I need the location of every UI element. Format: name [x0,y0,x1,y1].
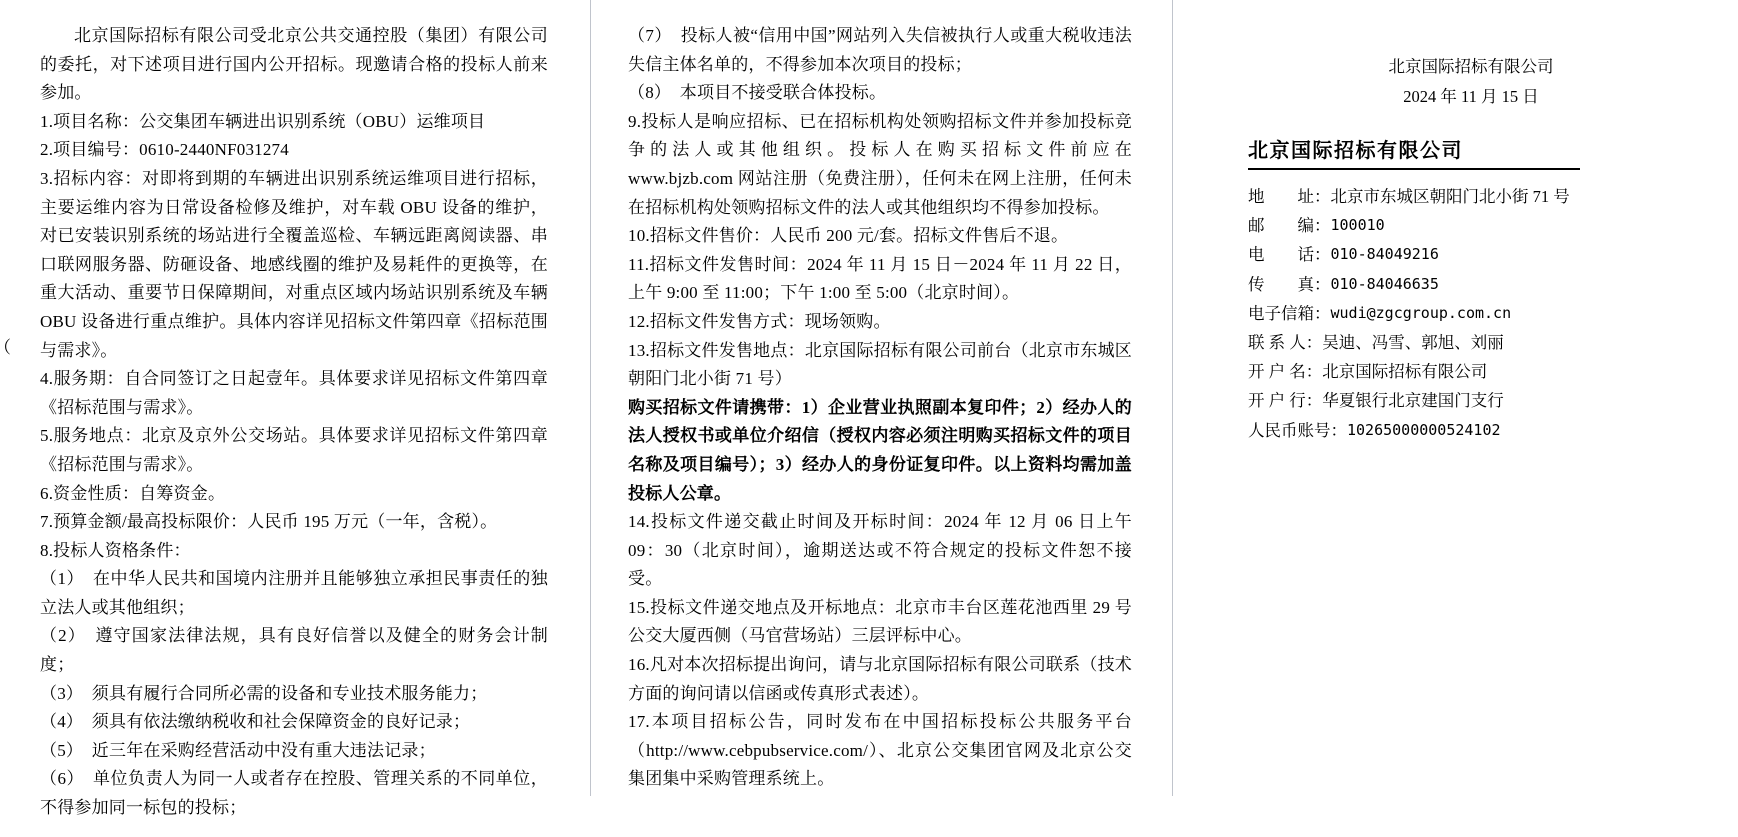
contact-list: 地 址： 北京市东城区朝阳门北小街 71 号 邮 编： 100010 电 话： … [1248,182,1580,445]
contact-label: 地 址： [1248,182,1331,211]
paragraph: （1） 在中华人民共和国境内注册并且能够独立承担民事责任的独立法人或其他组织； [40,565,548,622]
paragraph-text: 17.本项目招标公告，同时发布在中国招标投标公共服务平台（http://www.… [628,712,1132,788]
contact-label: 开 户 行： [1248,386,1322,415]
column-left: 北京国际招标有限公司受北京公共交通控股（集团）有限公司的委托，对下述项目进行国内… [40,22,548,823]
clipped-character-artifact: （ [0,334,11,363]
contact-value: 华夏银行北京建国门支行 [1322,386,1504,415]
paragraph-text: 10.招标文件售价：人民币 200 元/套。招标文件售后不退。 [628,226,1068,245]
contact-label: 开 户 名： [1248,357,1322,386]
paragraph: 16.凡对本次招标提出询问，请与北京国际招标有限公司联系（技术方面的询问请以信函… [628,651,1132,708]
paragraph: 5.服务地点：北京及京外公交场站。具体要求详见招标文件第四章《招标范围与需求》。 [40,422,548,479]
paragraph-text: 8.投标人资格条件： [40,541,191,560]
paragraph-text: 13.招标文件发售地点：北京国际招标有限公司前台（北京市东城区朝阳门北小街 71… [628,341,1132,389]
paragraph: 10.招标文件售价：人民币 200 元/套。招标文件售后不退。 [628,222,1132,251]
contact-label: 电子信箱： [1248,299,1331,328]
contact-row: 电 话： 010-84049216 [1248,240,1580,269]
contact-row: 开 户 行： 华夏银行北京建国门支行 [1248,386,1580,415]
contact-value: 北京市东城区朝阳门北小街 71 号 [1331,182,1570,211]
paragraph-text: （2） 遵守国家法律法规，具有良好信誉以及健全的财务会计制度； [40,626,548,674]
paragraph: 1.项目名称：公交集团车辆进出识别系统（OBU）运维项目 [40,108,548,137]
paragraph: 2.项目编号：0610-2440NF031274 [40,136,548,165]
paragraph: （4） 须具有依法缴纳税收和社会保障资金的良好记录； [40,708,548,737]
paragraph-text: （3） 须具有履行合同所必需的设备和专业技术服务能力； [40,684,487,703]
contact-row: 传 真： 010-84046635 [1248,270,1580,299]
paragraph-text: 购买招标文件请携带：1）企业营业执照副本复印件；2）经办人的法人授权书或单位介绍… [628,398,1132,503]
paragraph-text: 2.项目编号：0610-2440NF031274 [40,140,289,159]
paragraph: 8.投标人资格条件： [40,537,548,566]
paragraph-text: （1） 在中华人民共和国境内注册并且能够独立承担民事责任的独立法人或其他组织； [40,569,548,617]
contact-label: 邮 编： [1248,211,1331,240]
column-right: 北京国际招标有限公司 2024 年 11 月 15 日 北京国际招标有限公司 地… [1248,52,1580,445]
paragraph: 6.资金性质：自筹资金。 [40,480,548,509]
agency-heading: 北京国际招标有限公司 [1248,134,1580,170]
paragraph-text: （4） 须具有依法缴纳税收和社会保障资金的良好记录； [40,712,470,731]
paragraph-text: 14.投标文件递交截止时间及开标时间：2024 年 12 月 06 日上午 09… [628,512,1132,588]
paragraph-text: 北京国际招标有限公司受北京公共交通控股（集团）有限公司的委托，对下述项目进行国内… [40,26,548,102]
signature-date: 2024 年 11 月 15 日 [1346,82,1596,112]
paragraph-text: 5.服务地点：北京及京外公交场站。具体要求详见招标文件第四章《招标范围与需求》。 [40,426,548,474]
paragraph-text: 6.资金性质：自筹资金。 [40,484,225,503]
column-divider-2 [1172,0,1173,796]
paragraph: （8） 本项目不接受联合体投标。 [628,79,1132,108]
paragraph-text: （5） 近三年在采购经营活动中没有重大违法记录； [40,741,436,760]
paragraph: 3.招标内容：对即将到期的车辆进出识别系统运维项目进行招标，主要运维内容为日常设… [40,165,548,365]
paragraph: （2） 遵守国家法律法规，具有良好信誉以及健全的财务会计制度； [40,622,548,679]
paragraph-text: 3.招标内容：对即将到期的车辆进出识别系统运维项目进行招标，主要运维内容为日常设… [40,169,548,360]
paragraph-text: 1.项目名称：公交集团车辆进出识别系统（OBU）运维项目 [40,112,485,131]
column-divider-1 [590,0,591,796]
contact-row: 开 户 名： 北京国际招标有限公司 [1248,357,1580,386]
signature-company: 北京国际招标有限公司 [1346,52,1596,82]
paragraph: 14.投标文件递交截止时间及开标时间：2024 年 12 月 06 日上午 09… [628,508,1132,594]
paragraph-text: 11.招标文件发售时间：2024 年 11 月 15 日－2024 年 11 月… [628,255,1132,303]
contact-value: 10265000000524102 [1347,416,1501,445]
paragraph: 9.投标人是响应招标、已在招标机构处领购招标文件并参加投标竞争的法人或其他组织。… [628,108,1132,222]
paragraph: 7.预算金额/最高投标限价：人民币 195 万元（一年，含税）。 [40,508,548,537]
column-middle: （7） 投标人被“信用中国”网站列入失信被执行人或重大税收违法失信主体名单的，不… [628,22,1132,794]
document-page: （ 北京国际招标有限公司受北京公共交通控股（集团）有限公司的委托，对下述项目进行… [0,0,1738,837]
paragraph-text: （6） 单位负责人为同一人或者存在控股、管理关系的不同单位，不得参加同一标包的投… [40,769,548,817]
contact-label: 电 话： [1248,240,1331,269]
contact-label: 传 真： [1248,270,1331,299]
paragraph-text: 7.预算金额/最高投标限价：人民币 195 万元（一年，含税）。 [40,512,497,531]
contact-value: wudi@zgcgroup.com.cn [1331,299,1512,328]
paragraph-text: 15.投标文件递交地点及开标地点：北京市丰台区莲花池西里 29 号公交大厦西侧（… [628,598,1132,646]
contact-label: 人民币账号： [1248,416,1347,445]
paragraph-text: 12.招标文件发售方式：现场领购。 [628,312,891,331]
paragraph: 4.服务期：自合同签订之日起壹年。具体要求详见招标文件第四章《招标范围与需求》。 [40,365,548,422]
paragraph: （7） 投标人被“信用中国”网站列入失信被执行人或重大税收违法失信主体名单的，不… [628,22,1132,79]
contact-row: 联 系 人： 吴迪、冯雪、郭旭、刘丽 [1248,328,1580,357]
paragraph-text: （8） 本项目不接受联合体投标。 [628,83,886,102]
contact-value: 吴迪、冯雪、郭旭、刘丽 [1322,328,1504,357]
paragraph-text: 4.服务期：自合同签订之日起壹年。具体要求详见招标文件第四章《招标范围与需求》。 [40,369,548,417]
paragraph: 北京国际招标有限公司受北京公共交通控股（集团）有限公司的委托，对下述项目进行国内… [40,22,548,108]
paragraph: 11.招标文件发售时间：2024 年 11 月 15 日－2024 年 11 月… [628,251,1132,308]
paragraph: 15.投标文件递交地点及开标地点：北京市丰台区莲花池西里 29 号公交大厦西侧（… [628,594,1132,651]
contact-value: 100010 [1331,211,1385,240]
paragraph: 12.招标文件发售方式：现场领购。 [628,308,1132,337]
paragraph: 17.本项目招标公告，同时发布在中国招标投标公共服务平台（http://www.… [628,708,1132,794]
contact-row: 人民币账号： 10265000000524102 [1248,416,1580,445]
paragraph: （6） 单位负责人为同一人或者存在控股、管理关系的不同单位，不得参加同一标包的投… [40,765,548,822]
contact-row: 电子信箱： wudi@zgcgroup.com.cn [1248,299,1580,328]
paragraph-text: 9.投标人是响应招标、已在招标机构处领购招标文件并参加投标竞争的法人或其他组织。… [628,112,1132,217]
contact-value: 北京国际招标有限公司 [1322,357,1487,386]
paragraph-text: （7） 投标人被“信用中国”网站列入失信被执行人或重大税收违法失信主体名单的，不… [628,26,1132,74]
paragraph: 购买招标文件请携带：1）企业营业执照副本复印件；2）经办人的法人授权书或单位介绍… [628,394,1132,508]
paragraph-text: 16.凡对本次招标提出询问，请与北京国际招标有限公司联系（技术方面的询问请以信函… [628,655,1132,703]
paragraph: 13.招标文件发售地点：北京国际招标有限公司前台（北京市东城区朝阳门北小街 71… [628,337,1132,394]
contact-label: 联 系 人： [1248,328,1322,357]
contact-value: 010-84049216 [1331,240,1439,269]
paragraph: （3） 须具有履行合同所必需的设备和专业技术服务能力； [40,680,548,709]
paragraph: （5） 近三年在采购经营活动中没有重大违法记录； [40,737,548,766]
contact-row: 地 址： 北京市东城区朝阳门北小街 71 号 [1248,182,1580,211]
contact-row: 邮 编： 100010 [1248,211,1580,240]
contact-value: 010-84046635 [1331,270,1439,299]
signature-block: 北京国际招标有限公司 2024 年 11 月 15 日 [1346,52,1596,112]
